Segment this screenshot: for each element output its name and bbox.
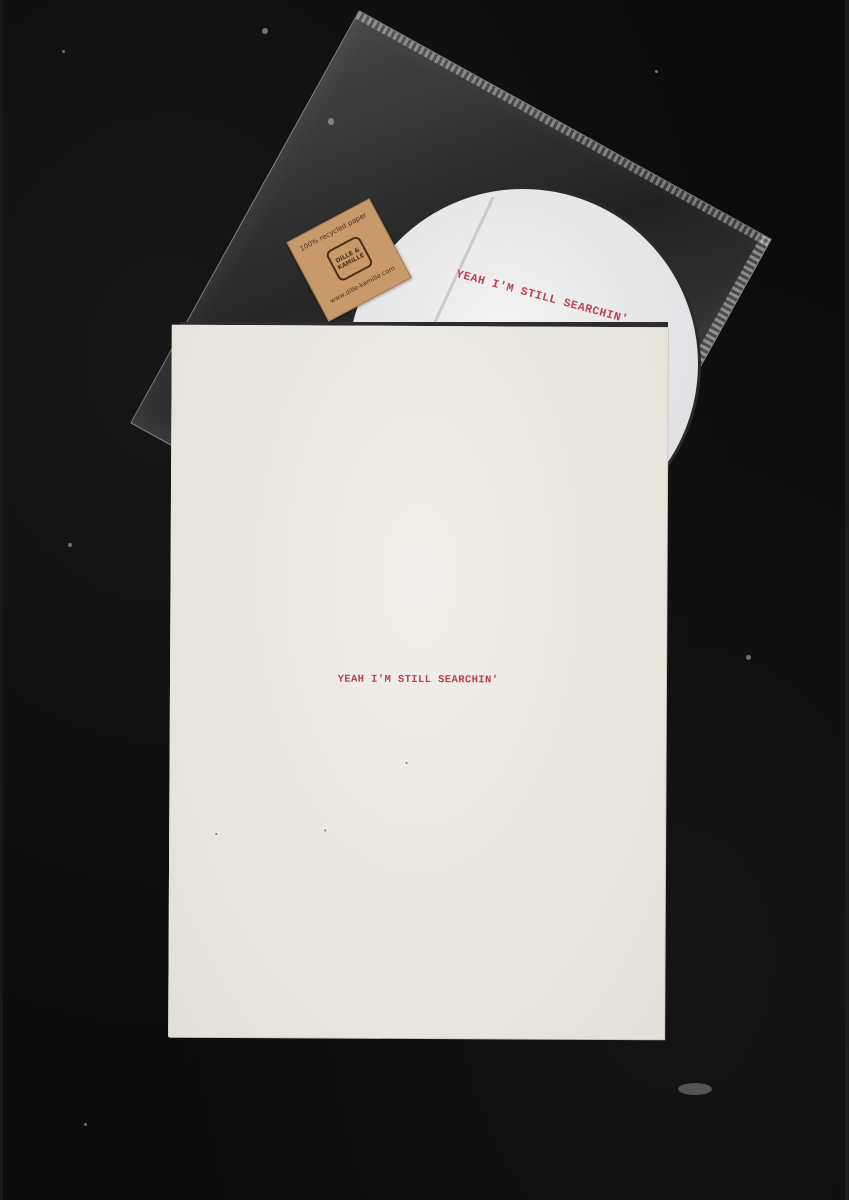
dust-speck: [746, 655, 751, 660]
brand-logo: DILLE & KAMILLE: [325, 235, 375, 283]
dust-speck: [678, 1083, 712, 1095]
dust-speck: [84, 1123, 87, 1126]
paper-speck: [324, 830, 326, 832]
dust-speck: [68, 543, 72, 547]
booklet-cover: YEAH I'M STILL SEARCHIN': [168, 325, 668, 1040]
scan-edge-right: [845, 0, 849, 1200]
dust-speck: [262, 28, 268, 34]
dust-speck: [62, 50, 65, 53]
dust-speck: [655, 70, 658, 73]
scan-edge-left: [0, 0, 3, 1200]
booklet-title: YEAH I'M STILL SEARCHIN': [170, 673, 666, 688]
paper-speck: [406, 762, 408, 764]
paper-speck: [215, 833, 217, 835]
